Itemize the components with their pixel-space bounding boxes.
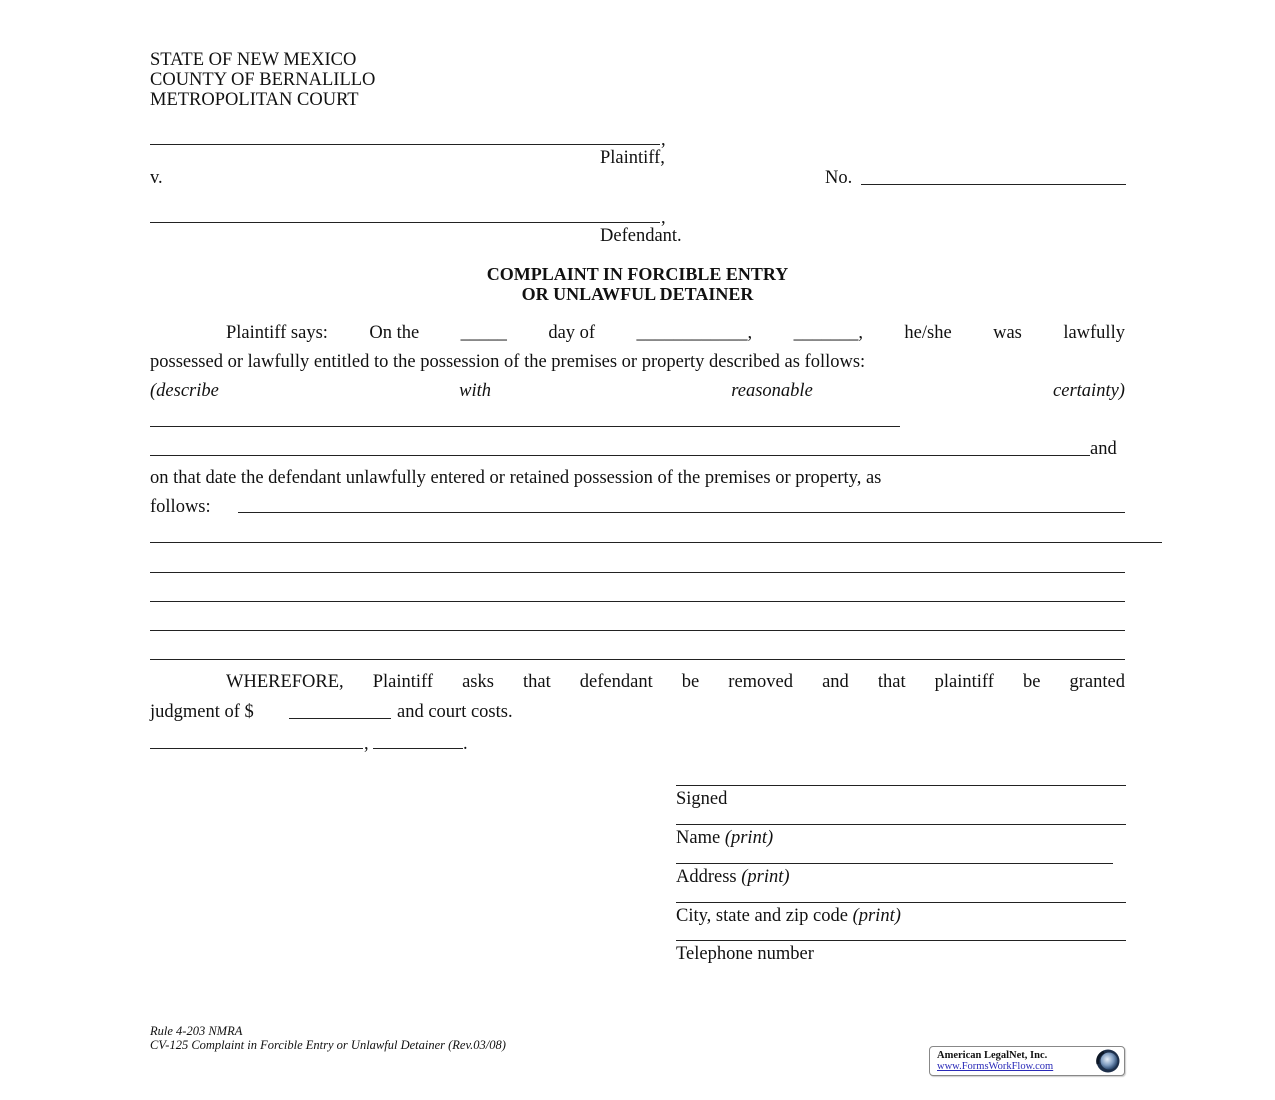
month-blank-field[interactable]: ____________, [637, 323, 753, 343]
telephone-field[interactable] [676, 940, 1126, 941]
address-label: Address (print) [676, 867, 790, 887]
defendant-name-field[interactable] [150, 222, 660, 223]
name-field[interactable] [676, 824, 1126, 825]
and-text: and [1090, 439, 1117, 459]
court-name: METROPOLITAN COURT [150, 90, 375, 110]
word-text: he/she [904, 323, 951, 343]
title-line-2: OR UNLAWFUL DETAINER [0, 284, 1275, 304]
plaintiff-comma: , [661, 130, 666, 150]
day-blank-field[interactable]: _____ [461, 323, 507, 343]
word-text: be [682, 672, 699, 692]
on-the-text: On the [369, 323, 419, 343]
judgment-amount-field[interactable] [289, 718, 391, 719]
city-state-zip-label: City, state and zip code (print) [676, 906, 901, 926]
word-text: granted [1069, 672, 1124, 692]
word-text: and [822, 672, 849, 692]
year-blank-field[interactable]: _______, [794, 323, 863, 343]
signed-label: Signed [676, 789, 727, 809]
city-label-text: City, state and zip code [676, 906, 848, 926]
word-text: that [878, 672, 906, 692]
vendor-url-link[interactable]: www.FormsWorkFlow.com [937, 1061, 1053, 1072]
word-text: plaintiff [935, 672, 994, 692]
property-description-line-1[interactable] [150, 426, 900, 427]
rule-reference: Rule 4-203 NMRA [150, 1024, 506, 1038]
signing-date-field[interactable] [150, 748, 363, 749]
signature-field[interactable] [676, 785, 1126, 786]
address-label-text: Address [676, 867, 737, 887]
word-text: was [993, 323, 1022, 343]
word-text: Plaintiff [373, 672, 433, 692]
name-label-text: Name [676, 828, 720, 848]
word-text: (describe [150, 381, 219, 401]
court-state: STATE OF NEW MEXICO [150, 50, 375, 70]
plaintiff-label: Plaintiff, [600, 148, 665, 168]
court-county: COUNTY OF BERNALILLO [150, 70, 375, 90]
paragraph-2-line-1: on that date the defendant unlawfully en… [150, 468, 881, 488]
word-text: reasonable [731, 381, 813, 401]
defendant-label: Defendant. [600, 226, 682, 246]
paragraph-1-line-2: possessed or lawfully entitled to the po… [150, 352, 865, 372]
address-hint: (print) [741, 867, 789, 887]
property-description-line-2[interactable] [150, 455, 1090, 456]
court-header: STATE OF NEW MEXICO COUNTY OF BERNALILLO… [150, 50, 375, 110]
city-state-zip-field[interactable] [676, 902, 1126, 903]
address-field[interactable] [676, 863, 1113, 864]
vendor-badge: American LegalNet, Inc. www.FormsWorkFlo… [929, 1046, 1125, 1076]
plaintiff-says-text: Plaintiff says: [226, 323, 328, 343]
word-text: that [523, 672, 551, 692]
entry-description-line-4[interactable] [150, 601, 1125, 602]
document-title: COMPLAINT IN FORCIBLE ENTRY OR UNLAWFUL … [0, 264, 1275, 304]
case-number-field[interactable] [861, 184, 1126, 185]
form-identifier: CV-125 Complaint in Forcible Entry or Un… [150, 1038, 506, 1052]
name-hint: (print) [725, 828, 773, 848]
signing-year-field[interactable] [373, 748, 463, 749]
word-text: WHEREFORE, [226, 672, 344, 692]
entry-description-line-3[interactable] [150, 572, 1125, 573]
paragraph-1-line-1: Plaintiff says: On the _____ day of ____… [226, 323, 1125, 343]
word-text: with [459, 381, 491, 401]
paragraph-1-line-3: (describe with reasonable certainty) [150, 381, 1125, 401]
word-text: defendant [580, 672, 653, 692]
city-hint: (print) [853, 906, 901, 926]
judgment-prefix: judgment of $ [150, 702, 254, 722]
case-number-label: No. [825, 168, 852, 188]
defendant-comma: , [661, 208, 666, 228]
plaintiff-name-field[interactable] [150, 144, 660, 145]
entry-description-line-1[interactable] [238, 512, 1125, 513]
form-footer: Rule 4-203 NMRA CV-125 Complaint in Forc… [150, 1024, 506, 1052]
entry-description-line-5[interactable] [150, 630, 1125, 631]
vendor-company-name: American LegalNet, Inc. [937, 1050, 1047, 1061]
telephone-label: Telephone number [676, 944, 814, 964]
day-of-text: day of [548, 323, 595, 343]
word-text: certainty) [1053, 381, 1125, 401]
word-text: lawfully [1063, 323, 1125, 343]
date-period: . [463, 734, 468, 754]
word-text: removed [728, 672, 793, 692]
word-text: be [1023, 672, 1040, 692]
vendor-globe-logo-icon [1092, 1048, 1122, 1074]
title-line-1: COMPLAINT IN FORCIBLE ENTRY [0, 264, 1275, 284]
date-comma: , [364, 734, 369, 754]
follows-label: follows: [150, 497, 211, 517]
entry-description-line-2[interactable] [150, 542, 1162, 543]
judgment-suffix: and court costs. [397, 702, 513, 722]
word-text: asks [462, 672, 494, 692]
versus-label: v. [150, 168, 163, 188]
wherefore-line-1: WHEREFORE, Plaintiff asks that defendant… [226, 672, 1125, 692]
name-label: Name (print) [676, 828, 773, 848]
entry-description-line-6[interactable] [150, 659, 1125, 660]
